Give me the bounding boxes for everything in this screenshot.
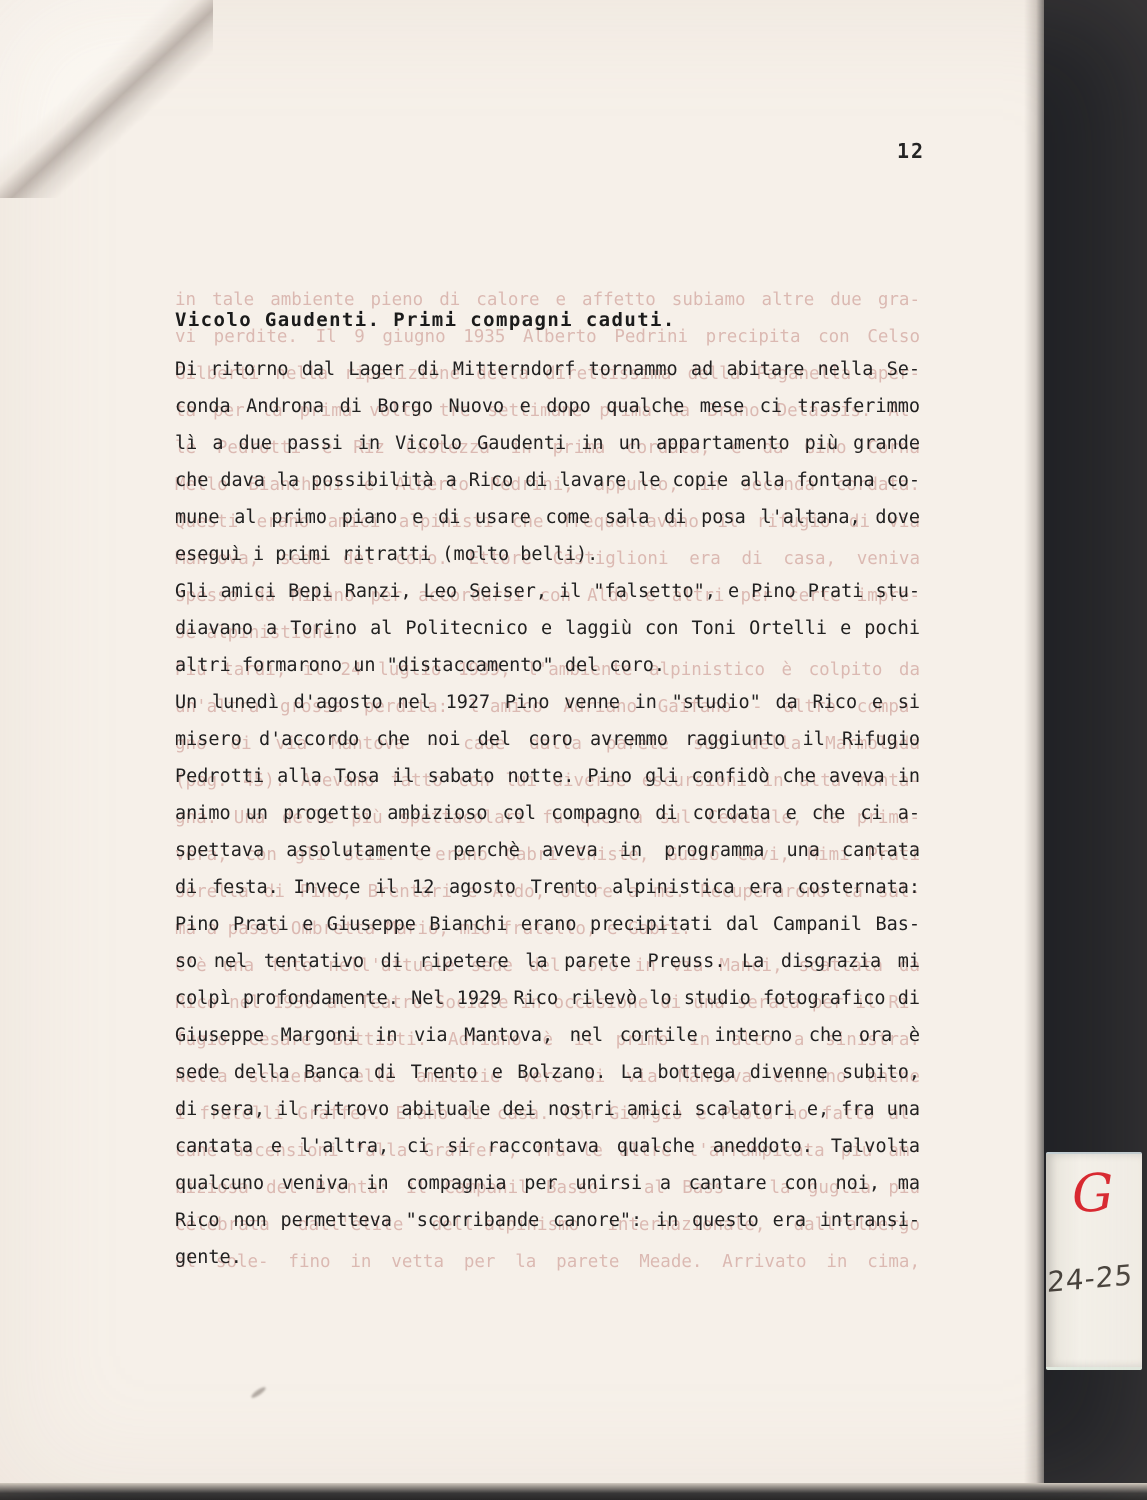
body-line: Gli amici Bepi Ranzi, Leo Seiser, il "fa… <box>175 573 920 610</box>
body-line: Rico non permetteva "scorribande canore"… <box>175 1202 920 1239</box>
body-line: di sera, il ritrovo abituale dei nostri … <box>175 1091 920 1128</box>
body-line: spettava assolutamente perchè aveva in p… <box>175 832 920 869</box>
body-line: mune al primo piano e di usare come sala… <box>175 499 920 536</box>
body-line: animo un progetto ambizioso col compagno… <box>175 795 920 832</box>
body-line: gente. <box>175 1239 920 1276</box>
sticky-note: G 24-25 <box>1046 1152 1142 1370</box>
body-line: Un lunedì d'agosto nel 1927 Pino venne i… <box>175 684 920 721</box>
body-line: eseguì i primi ritratti (molto belli). <box>175 536 920 573</box>
body-line: altri formarono un "distaccamento" del c… <box>175 647 920 684</box>
body-line: misero d'accordo che noi del coro avremm… <box>175 721 920 758</box>
body-text: Di ritorno dal Lager di Mitterndorf torn… <box>175 351 920 1276</box>
body-line: so nel tentativo di ripetere la parete P… <box>175 943 920 980</box>
body-line: qualcuno veniva in compagnia per unirsi … <box>175 1165 920 1202</box>
scanned-page: 12 in tale ambiente pieno di calore e af… <box>0 0 1147 1500</box>
pencil-smudge <box>250 1386 267 1400</box>
body-line: Giuseppe Margoni in via Mantova, nel cor… <box>175 1017 920 1054</box>
body-line: lì a due passi in Vicolo Gaudenti in un … <box>175 425 920 462</box>
folded-corner-crease <box>0 0 213 198</box>
page-number: 12 <box>897 139 925 163</box>
body-line: sede della Banca di Trento e Bolzano. La… <box>175 1054 920 1091</box>
section-heading: Vicolo Gaudenti. Primi compagni caduti. <box>175 302 920 339</box>
body-line: diavano a Torino al Politecnico e laggiù… <box>175 610 920 647</box>
note-page-range: 24-25 <box>1047 1258 1134 1299</box>
body-line: di festa. Invece il 12 agosto Trento alp… <box>175 869 920 906</box>
body-line: colpì profondamente. Nel 1929 Rico rilev… <box>175 980 920 1017</box>
body-line: conda Androna di Borgo Nuovo e dopo qual… <box>175 388 920 425</box>
body-line: Pedrotti alla Tosa il sabato notte. Pino… <box>175 758 920 795</box>
body-line: cantata e l'altra, ci si raccontava qual… <box>175 1128 920 1165</box>
page-edge-shadow <box>1024 0 1046 1500</box>
body-line: che dava la possibilità a Rico di lavare… <box>175 462 920 499</box>
note-letter-g: G <box>1071 1163 1115 1224</box>
scan-black-bottom-edge <box>0 1483 1147 1500</box>
body-line: Di ritorno dal Lager di Mitterndorf torn… <box>175 351 920 388</box>
body-line: Pino Prati e Giuseppe Bianchi erano prec… <box>175 906 920 943</box>
